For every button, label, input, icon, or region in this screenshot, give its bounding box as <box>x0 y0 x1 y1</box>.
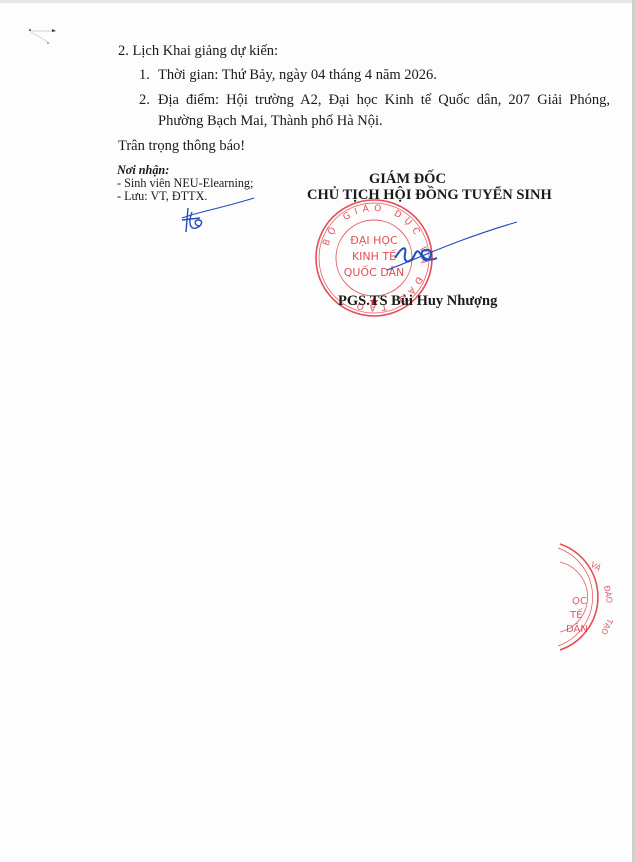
recipient-line: - Sinh viên NEU-Elearning; <box>117 176 253 190</box>
svg-text:TẠO: TẠO <box>598 616 615 636</box>
list-item-location-cont: Phường Bạch Mai, Thành phố Hà Nội. <box>158 112 383 130</box>
svg-text:DÂN: DÂN <box>566 622 588 635</box>
document-page: 2. Lịch Khai giảng dự kiến: 1. Thời gian… <box>0 0 635 862</box>
svg-text:TẾ: TẾ <box>569 607 583 621</box>
director-signature <box>385 218 525 278</box>
page-top-edge <box>0 0 632 3</box>
svg-text:ĐÀO: ĐÀO <box>602 584 616 603</box>
partial-seal: ỌC TẾ DÂN VÀ ĐÀO TẠO <box>530 540 632 654</box>
svg-text:ỌC: ỌC <box>572 596 587 607</box>
closing-text: Trân trọng thông báo! <box>118 137 245 155</box>
scan-mark-icon <box>26 27 60 49</box>
section-heading: 2. Lịch Khai giảng dự kiến: <box>118 42 278 60</box>
list-item-time: Thời gian: Thứ Bảy, ngày 04 tháng 4 năm … <box>158 66 437 84</box>
signer-title-2: CHỦ TỊCH HỘI ĐỒNG TUYỂN SINH <box>307 186 552 204</box>
initial-signature <box>178 192 258 242</box>
signer-name: PGS.TS Bùi Huy Nhượng <box>338 292 497 310</box>
list-item-number: 2. <box>139 91 150 109</box>
list-item-location: Địa điểm: Hội trường A2, Đại học Kinh tế… <box>158 91 610 109</box>
list-item-number: 1. <box>139 66 150 84</box>
recipients-label: Nơi nhận: <box>117 163 169 177</box>
